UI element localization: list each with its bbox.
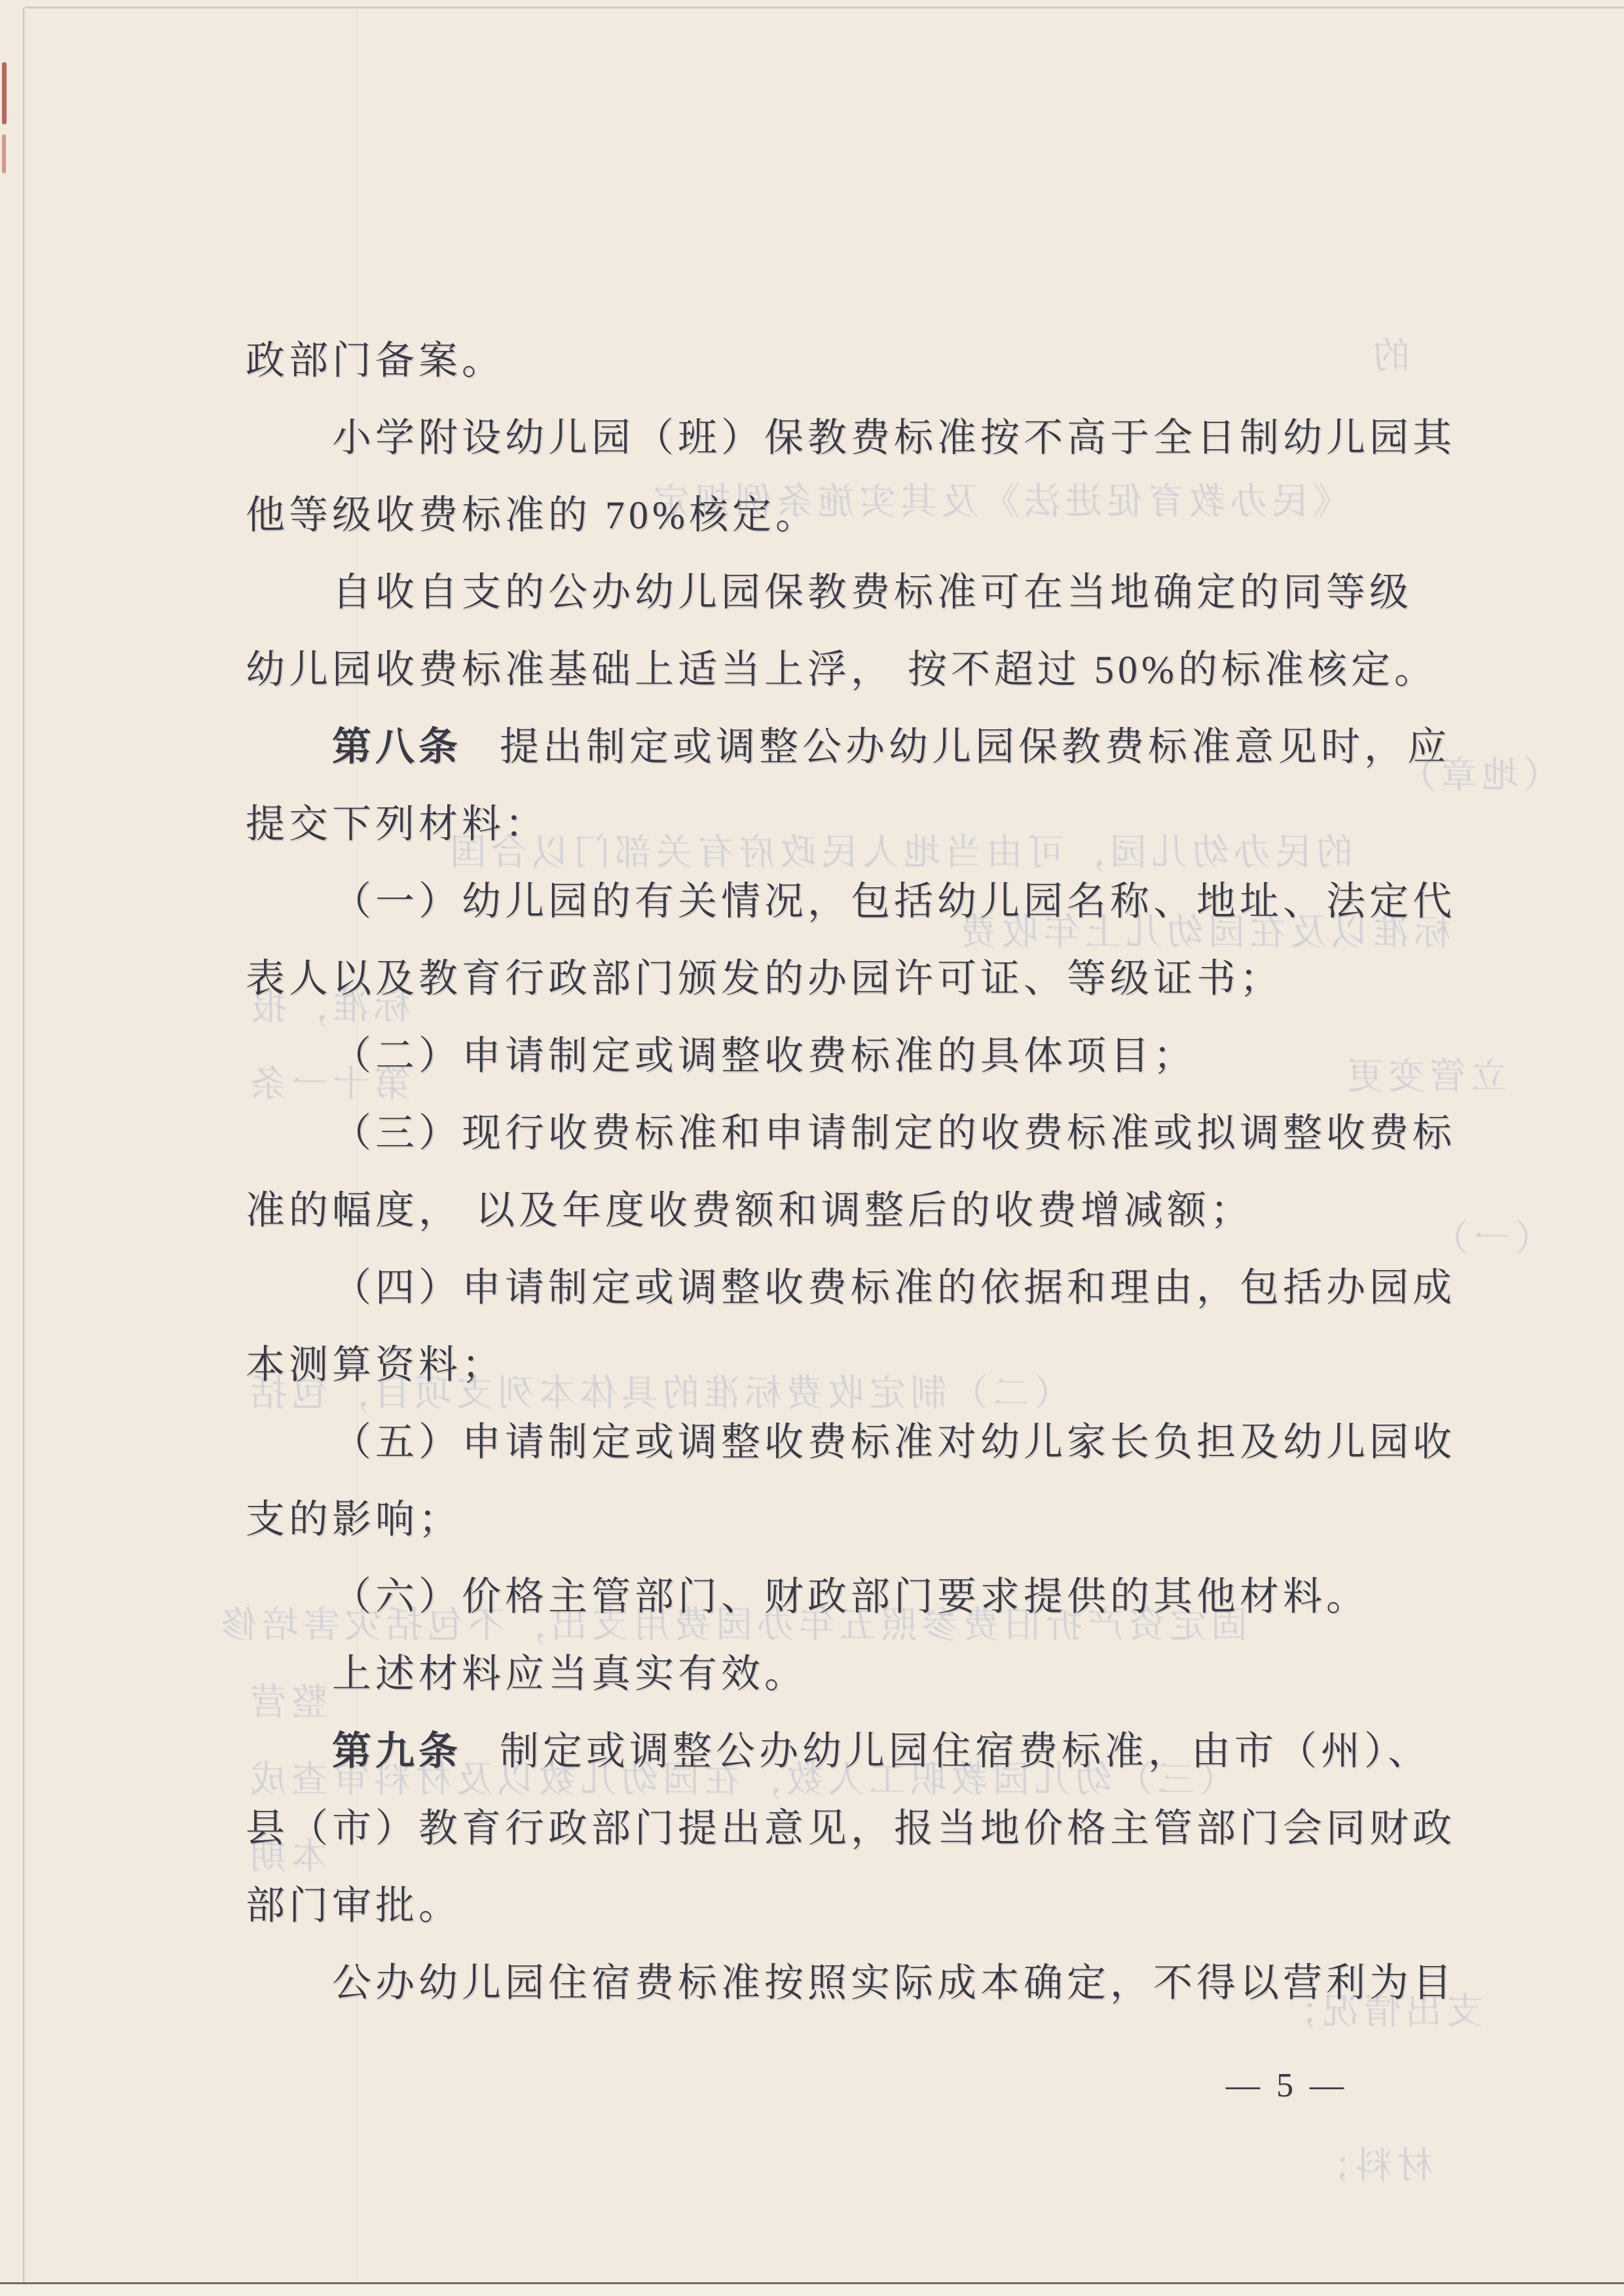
text-line-3: 他等级收费标准的 70%核定。 [246,473,1496,551]
text-line-9: 表人以及教育行政部门颁发的办园许可证、等级证书； [246,937,1496,1014]
article-heading: 第九条 [332,1720,462,1776]
document-body-text: 政部门备案。小学附设幼儿园（班）保教费标准按不高于全日制幼儿园其他等级收费标准的… [246,319,1496,2018]
text-run: （六）价格主管部门、财政部门要求提供的其他材料。 [332,1565,1369,1622]
text-line-6: 第八条提出制定或调整公办幼儿园保教费标准意见时，应 [246,705,1496,782]
text-line-15: （五）申请制定或调整收费标准对幼儿家长负担及幼儿园收 [246,1400,1496,1478]
page-number: — 5 — [1226,2066,1348,2105]
red-ink-mark [2,134,6,173]
text-line-4: 自收自支的公办幼儿园保教费标准可在当地确定的同等级 [246,551,1496,628]
red-ink-mark [2,62,7,124]
text-run: 表人以及教育行政部门颁发的办园许可证、等级证书； [246,947,1283,1004]
text-line-21: 部门审批。 [246,1864,1496,1941]
text-line-2: 小学附设幼儿园（班）保教费标准按不高于全日制幼儿园其 [246,396,1496,473]
article-heading: 第八条 [332,716,462,772]
text-run: 县（市）教育行政部门提出意见，报当地价格主管部门会同财政 [246,1797,1456,1853]
bleedthrough-line: 材料； [1310,2137,1433,2189]
text-line-1: 政部门备案。 [246,319,1496,396]
text-run: 他等级收费标准的 70%核定。 [246,484,819,540]
text-run: 本测算资料； [246,1334,505,1390]
text-line-8: （一）幼儿园的有关情况，包括幼儿园名称、地址、法定代 [246,860,1496,937]
text-run: 准的幅度， 以及年度收费额和调整后的收费增减额； [246,1179,1253,1235]
text-line-14: 本测算资料； [246,1323,1496,1400]
text-line-12: 准的幅度， 以及年度收费额和调整后的收费增减额； [246,1169,1496,1246]
text-run: 政部门备案。 [246,329,505,386]
text-run: 公办幼儿园住宿费标准按照实际成本确定，不得以营利为目 [332,1952,1456,2008]
text-run: （二）申请制定或调整收费标准的具体项目； [332,1025,1196,1081]
text-line-5: 幼儿园收费标准基础上适当上浮， 按不超过 50%的标准核定。 [246,628,1496,705]
text-run: 小学附设幼儿园（班）保教费标准按不高于全日制幼儿园其 [332,407,1456,463]
text-line-11: （三）现行收费标准和申请制定的收费标准或拟调整收费标 [246,1091,1496,1169]
scanner-bottom-edge [0,2284,1624,2296]
text-line-13: （四）申请制定或调整收费标准的依据和理由，包括办园成 [246,1246,1496,1323]
text-line-7: 提交下列材料： [246,782,1496,860]
text-run: 制定或调整公办幼儿园住宿费标准，由市（州）、 [500,1720,1431,1776]
scanned-document-page: 的《民办教育促进法》及其实施条例规定（地章）的民办幼儿园，可由当地人民政府有关部… [0,0,1624,2296]
text-line-19: 第九条制定或调整公办幼儿园住宿费标准，由市（州）、 [246,1709,1496,1787]
text-line-10: （二）申请制定或调整收费标准的具体项目； [246,1014,1496,1091]
text-run: 提出制定或调整公办幼儿园保教费标准意见时，应 [500,716,1450,772]
text-line-18: 上述材料应当真实有效。 [246,1632,1496,1709]
text-run: 自收自支的公办幼儿园保教费标准可在当地确定的同等级 [332,561,1412,617]
text-run: 上述材料应当真实有效。 [332,1643,807,1699]
text-line-22: 公办幼儿园住宿费标准按照实际成本确定，不得以营利为目 [246,1941,1496,2018]
text-line-17: （六）价格主管部门、财政部门要求提供的其他材料。 [246,1555,1496,1632]
text-run: （四）申请制定或调整收费标准的依据和理由，包括办园成 [332,1256,1456,1313]
text-run: （五）申请制定或调整收费标准对幼儿家长负担及幼儿园收 [332,1411,1456,1467]
text-run: 支的影响； [246,1488,462,1544]
text-run: 部门审批。 [246,1874,462,1931]
text-line-16: 支的影响； [246,1478,1496,1555]
text-line-20: 县（市）教育行政部门提出意见，报当地价格主管部门会同财政 [246,1787,1496,1864]
text-run: 幼儿园收费标准基础上适当上浮， 按不超过 50%的标准核定。 [246,638,1437,695]
text-run: （三）现行收费标准和申请制定的收费标准或拟调整收费标 [332,1102,1456,1158]
text-run: 提交下列材料： [246,793,548,849]
text-run: （一）幼儿园的有关情况，包括幼儿园名称、地址、法定代 [332,870,1456,926]
